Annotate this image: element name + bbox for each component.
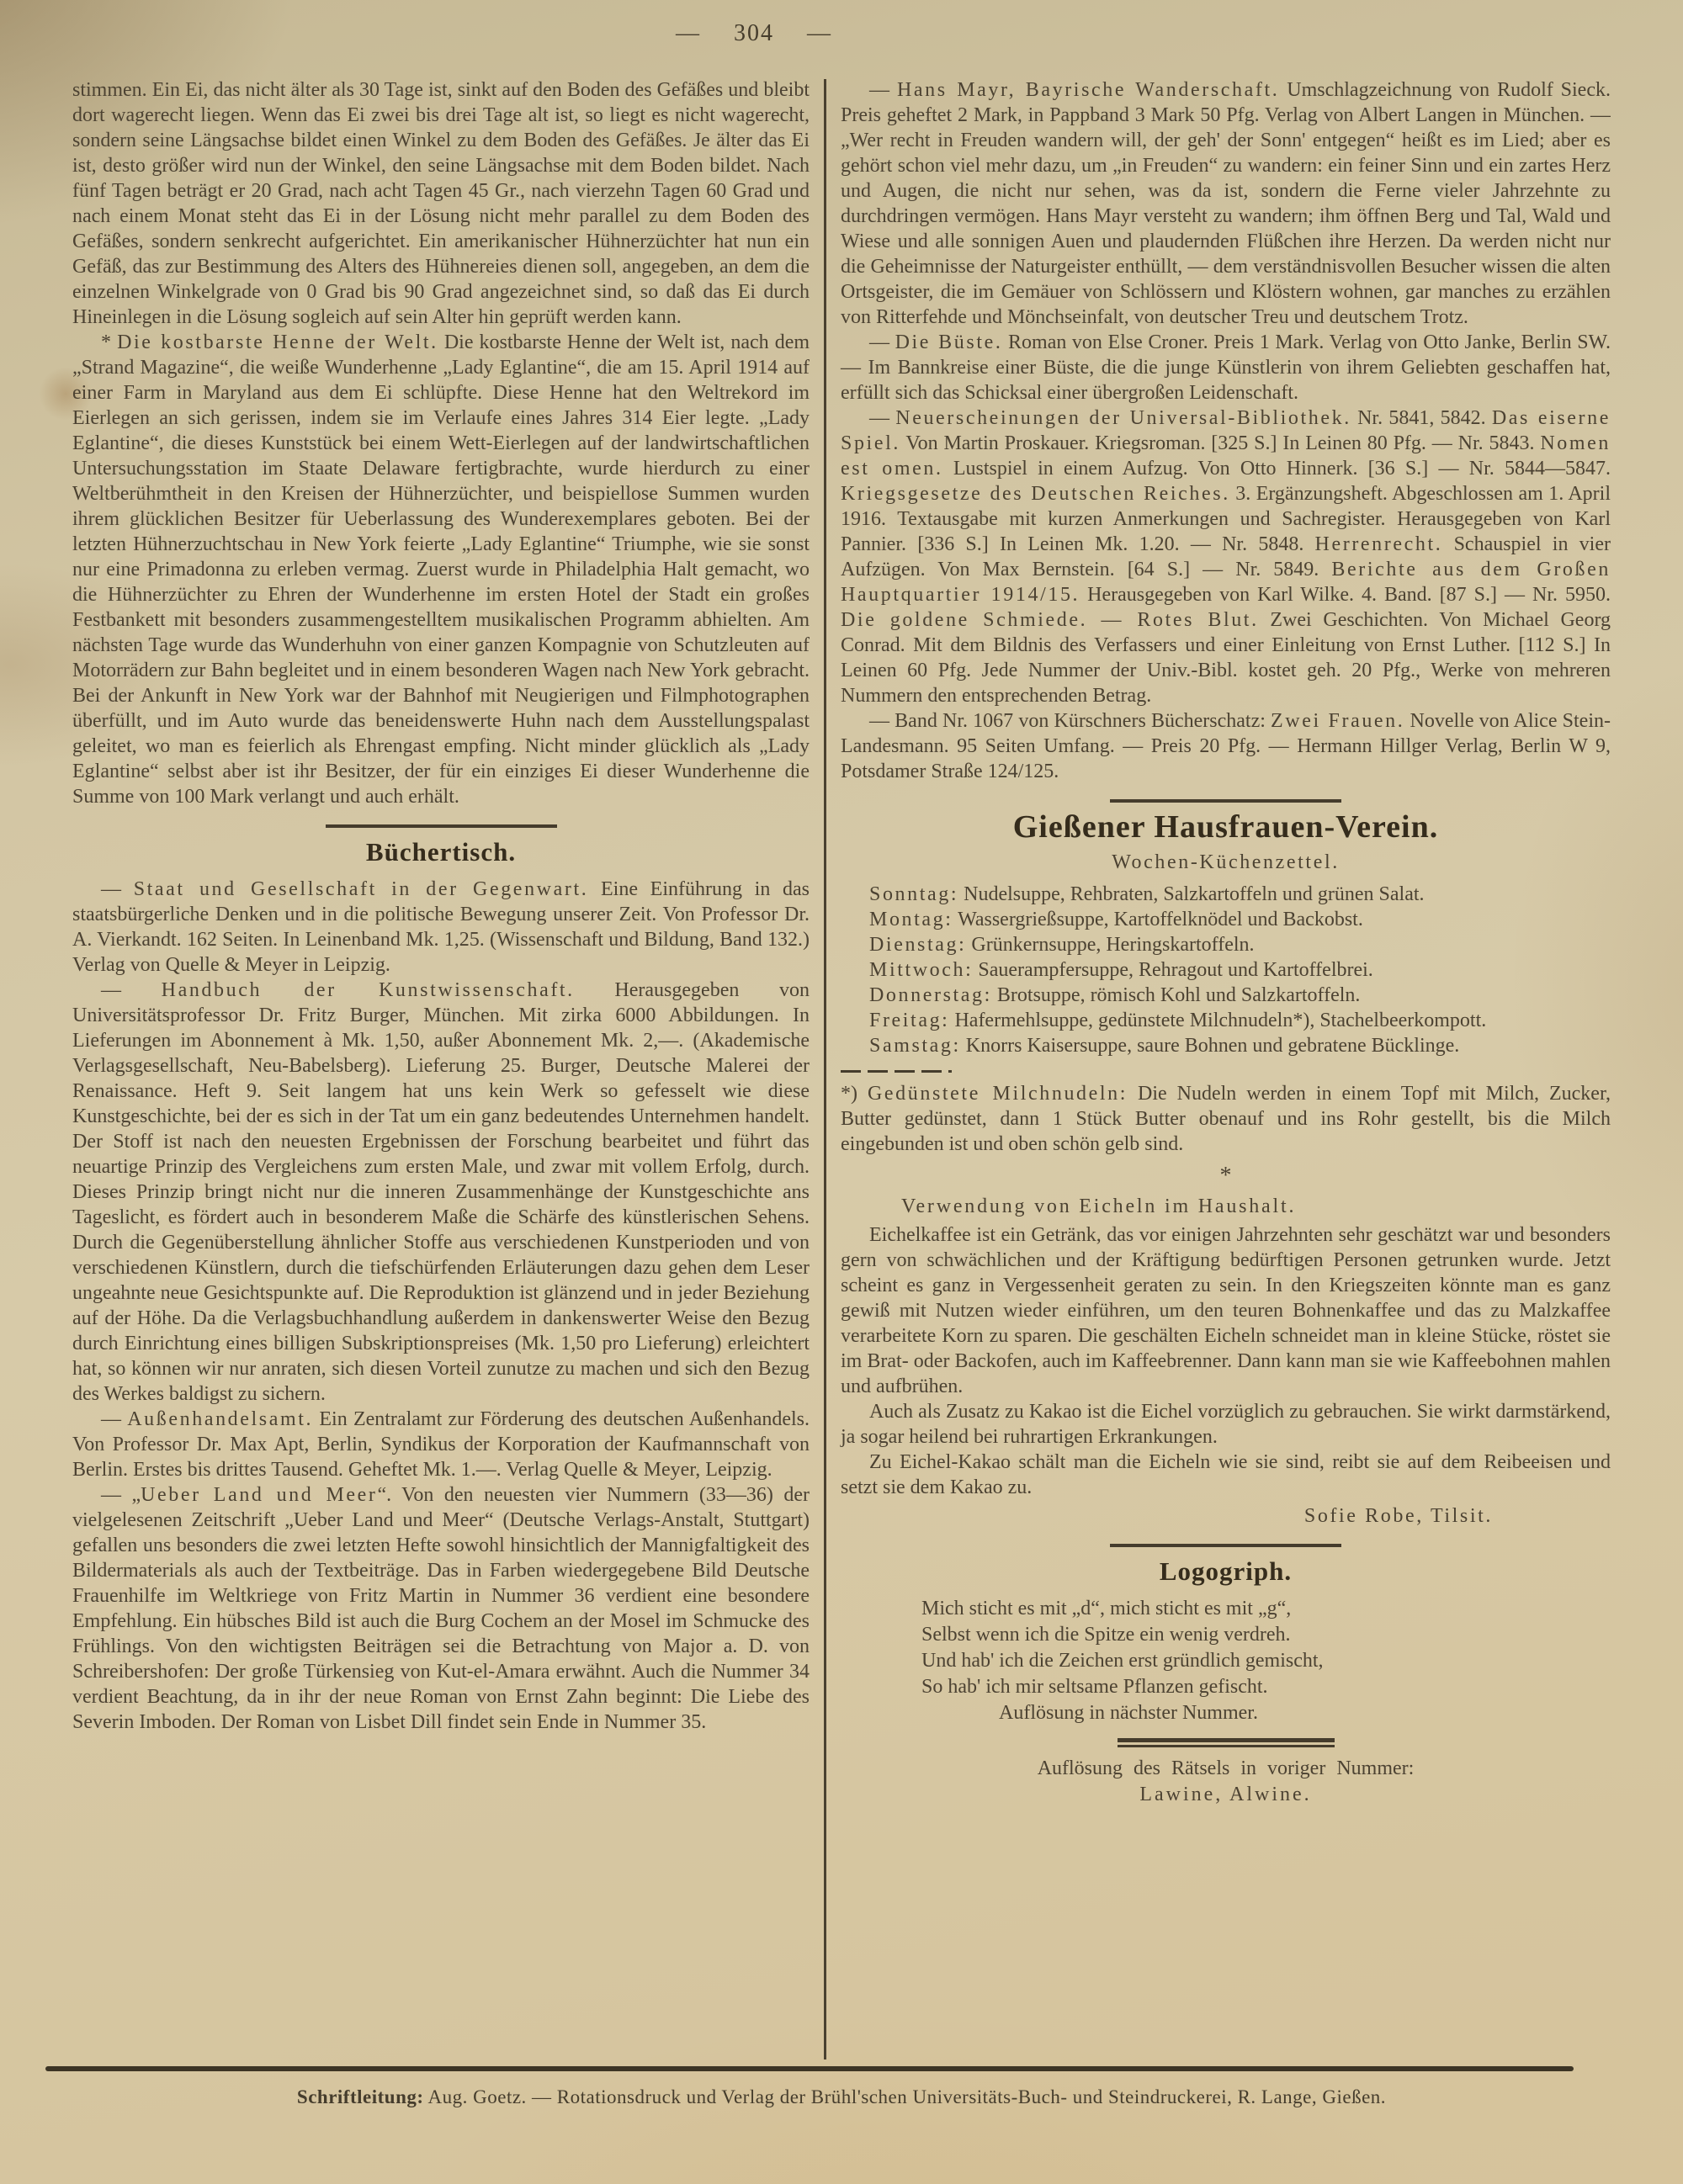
eicheln-paragraph: Zu Eichel-Kakao schält man die Eicheln w… (841, 1450, 1611, 1500)
book-item-aussenhandelsamt: — Außenhandelsamt. Ein Zentralamt zur Fö… (72, 1407, 810, 1482)
hausfrauen-verein-heading: Gießener Hausfrauen-Verein. (841, 814, 1611, 840)
logogriph-heading: Logogriph. (841, 1559, 1611, 1584)
newspaper-page: — 304 — stimmen. Ein Ei, das nicht älter… (0, 0, 1683, 2184)
book-item-ueber-land-und-meer: — „Ueber Land und Meer“. Von den neueste… (72, 1482, 810, 1735)
previous-solution-answer: Lawine, Alwine. (841, 1782, 1611, 1808)
book-item-universal-bibliothek: — Neuerscheinungen der Universal-Bibliot… (841, 406, 1611, 708)
menu-item-sonntag: Sonntag: Nudelsuppe, Rehbraten, Salzkart… (841, 882, 1611, 907)
poem-line: Selbst wenn ich die Spitze ein wenig ver… (921, 1622, 1611, 1648)
footnote-milchnudeln: *) Gedünstete Milchnudeln: Die Nudeln we… (841, 1081, 1611, 1157)
section-divider (1110, 1544, 1341, 1547)
right-column: — Hans Mayr, Bayrische Wanderschaft. Ums… (841, 77, 1611, 2059)
buechertisch-heading: Büchertisch. (72, 840, 810, 865)
kuechenzettel-subheading: Wochen-Küchenzettel. (841, 850, 1611, 875)
eicheln-paragraph: Eichelkaffee ist ein Getränk, das vor ei… (841, 1222, 1611, 1399)
book-item-die-bueste: — Die Büste. Roman von Else Croner. Prei… (841, 330, 1611, 406)
menu-item-freitag: Freitag: Hafermehlsuppe, gedünstete Milc… (841, 1008, 1611, 1033)
solution-note: Auflösung in nächster Nummer. (999, 1700, 1611, 1726)
double-rule-divider (1118, 1738, 1335, 1747)
menu-item-dienstag: Dienstag: Grünkernsuppe, Heringskartoffe… (841, 932, 1611, 957)
article-costly-hen: * Die kostbarste Henne der Welt. Die kos… (72, 330, 810, 809)
eicheln-heading: Verwendung von Eicheln im Haushalt. (901, 1194, 1611, 1219)
page-number: — 304 — (72, 20, 1436, 47)
section-divider (1110, 799, 1341, 803)
author-signature: Sofie Robe, Tilsit. (841, 1503, 1611, 1529)
previous-solution-title: Auflösung des Rätsels in voriger Nummer: (841, 1756, 1611, 1782)
section-divider (326, 824, 557, 828)
column-rule (824, 79, 826, 2059)
book-item-staat: — Staat und Gesellschaft in der Gegenwar… (72, 877, 810, 978)
poem-line: Und hab' ich die Zeichen erst gründlich … (921, 1648, 1611, 1674)
asterisk-separator: * (841, 1164, 1611, 1189)
footer-imprint: Schriftleitung: Aug. Goetz. — Rotationsd… (0, 2086, 1683, 2108)
left-column: stimmen. Ein Ei, das nicht älter als 30 … (72, 77, 810, 2059)
footer-rule (45, 2066, 1574, 2071)
footnote-rule (841, 1070, 952, 1073)
book-item-kuerschners: — Band Nr. 1067 von Kürschners Büchersch… (841, 708, 1611, 784)
book-item-handbuch: — Handbuch der Kunstwissenschaft. Heraus… (72, 978, 810, 1407)
book-item-hans-mayr: — Hans Mayr, Bayrische Wanderschaft. Ums… (841, 77, 1611, 330)
page-content: stimmen. Ein Ei, das nicht älter als 30 … (72, 77, 1611, 2059)
menu-item-mittwoch: Mittwoch: Sauerampfersuppe, Rehragout un… (841, 957, 1611, 983)
menu-item-donnerstag: Donnerstag: Brotsuppe, römisch Kohl und … (841, 983, 1611, 1008)
logogriph-poem: Mich sticht es mit „d“, mich sticht es m… (921, 1596, 1611, 1700)
eicheln-paragraph: Auch als Zusatz zu Kakao ist die Eichel … (841, 1399, 1611, 1450)
article-egg-age-test: stimmen. Ein Ei, das nicht älter als 30 … (72, 77, 810, 330)
menu-item-montag: Montag: Wassergrießsuppe, Kartoffelknöde… (841, 907, 1611, 932)
poem-line: Mich sticht es mit „d“, mich sticht es m… (921, 1596, 1611, 1622)
poem-line: So hab' ich mir seltsame Pflanzen gefisc… (921, 1674, 1611, 1700)
menu-item-samstag: Samstag: Knorrs Kaisersuppe, saure Bohne… (841, 1033, 1611, 1058)
